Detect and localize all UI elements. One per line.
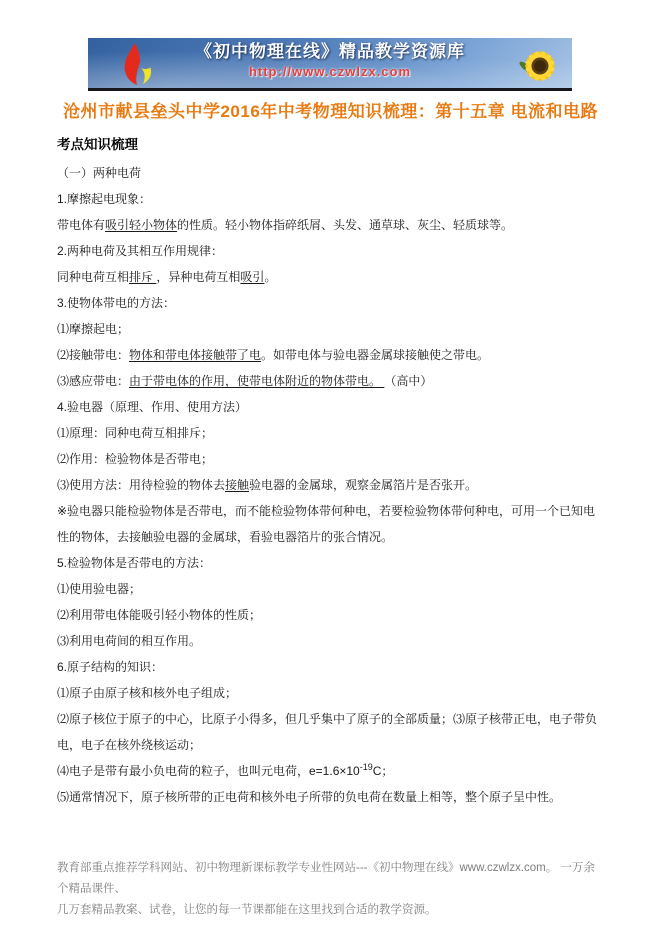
paragraph: ⑶使用方法：用待检验的物体去接触验电器的金属球，观察金属箔片是否张开。 [57, 472, 598, 498]
banner-site-title: 《初中物理在线》精品教学资源库 [88, 41, 572, 63]
paragraph: 3.使物体带电的方法： [57, 290, 598, 316]
page-footer: 教育部重点推荐学科网站、初中物理新课标教学专业性网站---《初中物理在线》www… [57, 858, 605, 921]
paragraph: ⑴原理：同种电荷互相排斥； [57, 420, 598, 446]
paragraph: ⑷电子是带有最小负电荷的粒子，也叫元电荷，e=1.6×10-19C； [57, 758, 598, 784]
paragraph: ⑴使用验电器； [57, 576, 598, 602]
paragraph: 2.两种电荷及其相互作用规律： [57, 238, 598, 264]
paragraph: 同种电荷互相排斥 ，异种电荷互相吸引。 [57, 264, 598, 290]
paragraph: ⑵接触带电：物体和带电体接触带了电。如带电体与验电器金属球接触使之带电。 [57, 342, 598, 368]
footer-line-1: 教育部重点推荐学科网站、初中物理新课标教学专业性网站---《初中物理在线》www… [57, 858, 605, 900]
doc-body: （一）两种电荷1.摩擦起电现象：带电体有吸引轻小物体的性质。轻小物体指碎纸屑、头… [57, 160, 598, 810]
paragraph: ⑶感应带电：由于带电体的作用，使带电体附近的物体带电。 （高中） [57, 368, 598, 394]
section-heading: 考点知识梳理 [57, 134, 598, 156]
paragraph: 1.摩擦起电现象： [57, 186, 598, 212]
paragraph: ⑵原子核位于原子的中心，比原子小得多，但几乎集中了原子的全部质量；⑶原子核带正电… [57, 706, 598, 758]
paragraph: 6.原子结构的知识： [57, 654, 598, 680]
sunflower-icon [506, 41, 570, 91]
paragraph: 4.验电器（原理、作用、使用方法） [57, 394, 598, 420]
document-content: 考点知识梳理 （一）两种电荷1.摩擦起电现象：带电体有吸引轻小物体的性质。轻小物… [57, 134, 598, 810]
paragraph: 带电体有吸引轻小物体的性质。轻小物体指碎纸屑、头发、通草球、灰尘、轻质球等。 [57, 212, 598, 238]
paragraph: 5.检验物体是否带电的方法： [57, 550, 598, 576]
page-title: 沧州市献县垒头中学2016年中考物理知识梳理：第十五章 电流和电路 [0, 97, 661, 122]
paragraph: ※验电器只能检验物体是否带电，而不能检验物体带何种电，若要检验物体带何种电，可用… [57, 498, 598, 550]
paragraph: ⑸通常情况下，原子核所带的正电荷和核外电子所带的负电荷在数量上相等，整个原子呈中… [57, 784, 598, 810]
paragraph: ⑶利用电荷间的相互作用。 [57, 628, 598, 654]
paragraph: ⑴摩擦起电； [57, 316, 598, 342]
banner-site-url: http://www.czwlzx.com [88, 63, 572, 80]
paragraph: ⑵作用：检验物体是否带电； [57, 446, 598, 472]
paragraph: （一）两种电荷 [57, 160, 598, 186]
paragraph: ⑴原子由原子核和核外电子组成； [57, 680, 598, 706]
paragraph: ⑵利用带电体能吸引轻小物体的性质； [57, 602, 598, 628]
footer-line-2: 几万套精品教案、试卷，让您的每一节课都能在这里找到合适的教学资源。 [57, 900, 605, 921]
site-banner: 《初中物理在线》精品教学资源库 http://www.czwlzx.com [88, 38, 572, 91]
